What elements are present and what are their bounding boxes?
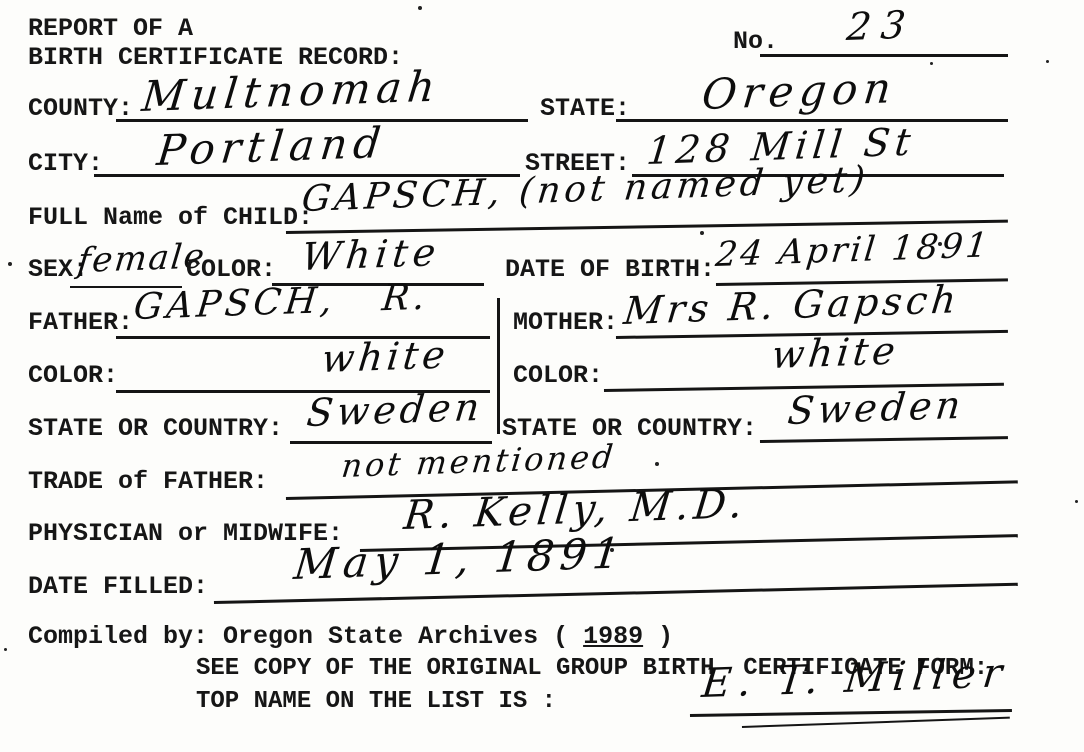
mother-color-value: white xyxy=(770,331,901,374)
child-color-value: White xyxy=(300,233,442,276)
date-filled-value: May 1, 1891 xyxy=(292,532,628,586)
compiled-by-line: Compiled by: Oregon State Archives ( 198… xyxy=(28,622,673,651)
report-title-line1: REPORT OF A xyxy=(28,14,193,43)
mother-value: Mrs R. Gapsch xyxy=(622,280,962,330)
state-underline xyxy=(616,119,1008,122)
city-label: CITY: xyxy=(28,149,103,178)
date-of-birth-label: DATE OF BIRTH: xyxy=(505,255,715,284)
top-name-value: E. T. Miller xyxy=(700,653,1011,704)
top-name-label: TOP NAME ON THE LIST IS : xyxy=(196,688,556,715)
state-value: Oregon xyxy=(700,67,899,116)
compiled-by-suffix: ) xyxy=(643,622,673,651)
number-underline xyxy=(760,54,1008,57)
mother-color-label: COLOR: xyxy=(513,361,603,390)
scan-speck xyxy=(418,6,422,10)
number-label: No. xyxy=(733,27,778,56)
number-value: 23 xyxy=(845,5,917,46)
physician-value: R. Kelly, M.D. xyxy=(402,484,749,536)
full-name-value: GAPSCH, (not named yet) xyxy=(300,162,870,218)
compiled-by-prefix: Compiled by: Oregon State Archives ( xyxy=(28,622,583,651)
top-name-underline xyxy=(690,709,1012,717)
father-origin-label: STATE OR COUNTRY: xyxy=(28,414,283,443)
father-color-value: white xyxy=(320,335,451,378)
father-label: FATHER: xyxy=(28,308,133,337)
scan-speck xyxy=(1046,60,1049,63)
mother-origin-underline xyxy=(760,436,1008,443)
scanned-birth-certificate-record: REPORT OF A BIRTH CERTIFICATE RECORD: No… xyxy=(0,0,1084,752)
mother-origin-label: STATE OR COUNTRY: xyxy=(502,414,757,443)
scan-speck xyxy=(1075,500,1078,503)
scan-speck xyxy=(610,548,614,552)
scan-speck xyxy=(4,648,7,651)
top-name-flourish xyxy=(742,717,1010,728)
city-value: Portland xyxy=(155,122,389,172)
mother-label: MOTHER: xyxy=(513,308,618,337)
father-origin-value: Sweden xyxy=(305,388,485,432)
father-color-label: COLOR: xyxy=(28,361,118,390)
mother-origin-value: Sweden xyxy=(786,386,966,430)
scan-speck xyxy=(700,231,704,235)
county-value: Multnomah xyxy=(140,65,443,118)
scan-speck xyxy=(938,242,942,246)
trade-value: not mentioned xyxy=(340,440,617,482)
father-mother-divider xyxy=(497,298,500,434)
date-filled-label: DATE FILLED: xyxy=(28,572,208,601)
father-value: GAPSCH, R. xyxy=(132,280,431,326)
full-name-label: FULL Name of CHILD: xyxy=(28,203,313,232)
trade-label: TRADE of FATHER: xyxy=(28,467,268,496)
child-color-label: COLOR: xyxy=(186,255,276,284)
date-of-birth-value: 24 April 1891 xyxy=(714,228,992,272)
scan-speck xyxy=(930,62,933,65)
scan-speck xyxy=(655,462,659,466)
scan-speck xyxy=(8,262,12,266)
compiled-by-year: 1989 xyxy=(583,622,643,651)
